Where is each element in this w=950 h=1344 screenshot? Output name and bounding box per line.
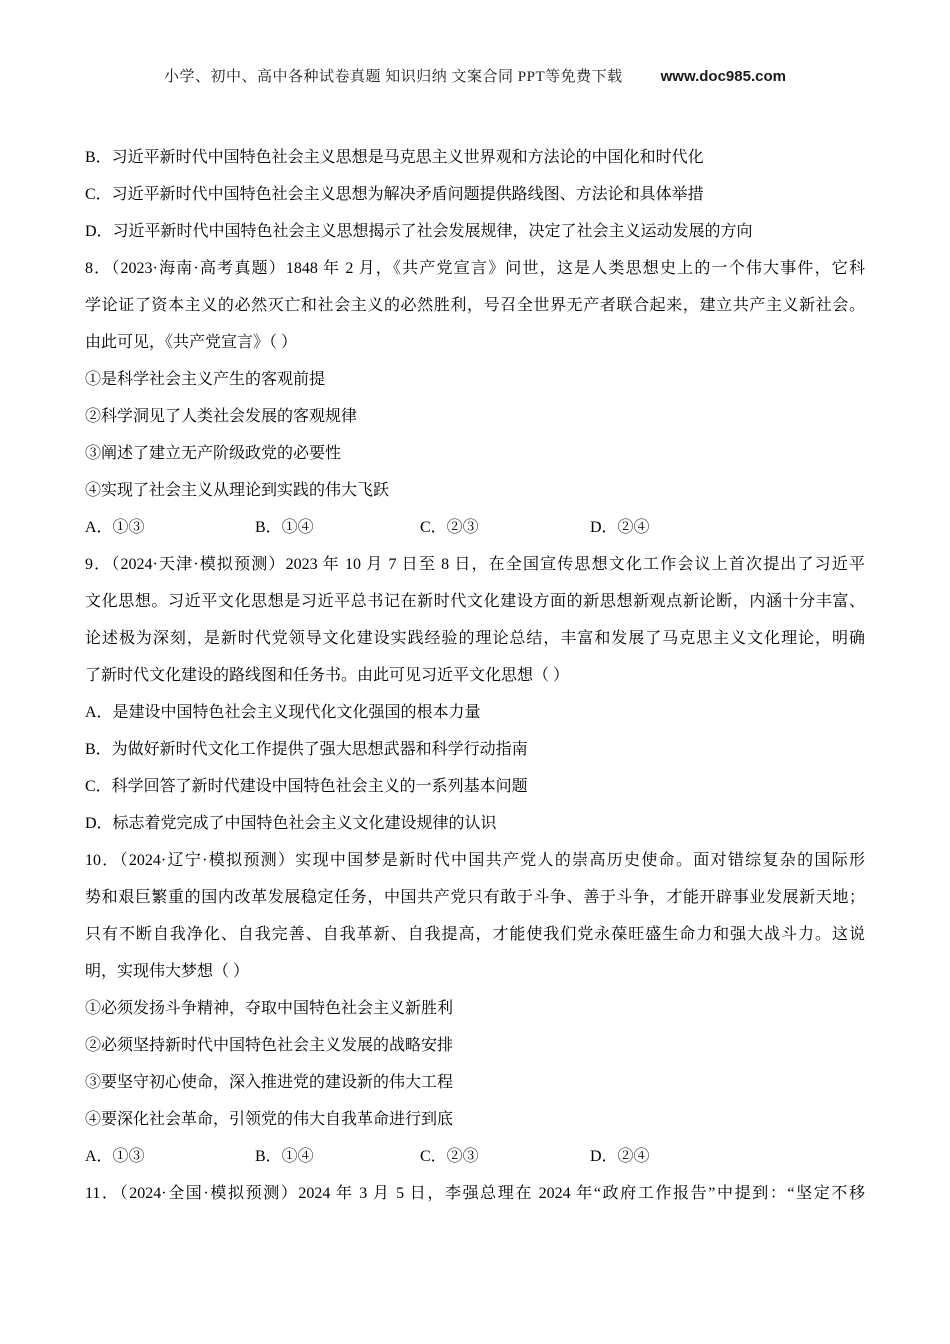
q10-item-3: ③要坚守初心使命，深入推进党的建设新的伟大工程 — [85, 1064, 865, 1101]
q7-option-b: B．习近平新时代中国特色社会主义思想是马克思主义世界观和方法论的中国化和时代化 — [85, 139, 865, 176]
q10-stem-line-3: 只有不断自我净化、自我完善、自我革新、自我提高，才能使我们党永葆旺盛生命力和强大… — [85, 916, 865, 953]
q10-item-4: ④要深化社会革命，引领党的伟大自我革命进行到底 — [85, 1101, 865, 1138]
q7-option-d: D．习近平新时代中国特色社会主义思想揭示了社会发展规律，决定了社会主义运动发展的… — [85, 213, 865, 250]
q8-choice-b: B．①④ — [255, 509, 314, 546]
header-promo-text: 小学、初中、高中各种试卷真题 知识归纳 文案合同 PPT等免费下载 — [164, 69, 623, 85]
q9-option-b: B．为做好新时代文化工作提供了强大思想武器和科学行动指南 — [85, 731, 865, 768]
q9-stem-line-2: 文化思想。习近平文化思想是习近平总书记在新时代文化建设方面的新思想新观点新论断，… — [85, 583, 865, 620]
q10-choice-b: B．①④ — [255, 1138, 314, 1175]
q8-stem-line-2: 学论证了资本主义的必然灭亡和社会主义的必然胜利，号召全世界无产者联合起来，建立共… — [85, 287, 865, 324]
q9-option-c: C．科学回答了新时代建设中国特色社会主义的一系列基本问题 — [85, 768, 865, 805]
q8-choice-d: D．②④ — [590, 509, 650, 546]
q9-stem-line-1: 9．（2024·天津·模拟预测）2023 年 10 月 7 日至 8 日，在全国… — [85, 546, 865, 583]
q9-option-a: A．是建设中国特色社会主义现代化文化强国的根本力量 — [85, 694, 865, 731]
q9-stem-line-4: 了新时代文化建设的路线图和任务书。由此可见习近平文化思想（ ） — [85, 657, 865, 694]
q10-choice-a: A．①③ — [85, 1138, 145, 1175]
q10-stem-line-1: 10．（2024·辽宁·模拟预测）实现中国梦是新时代中国共产党人的崇高历史使命。… — [85, 842, 865, 879]
q8-item-1: ①是科学社会主义产生的客观前提 — [85, 361, 865, 398]
document-body: B．习近平新时代中国特色社会主义思想是马克思主义世界观和方法论的中国化和时代化 … — [85, 139, 865, 1212]
q8-choice-a: A．①③ — [85, 509, 145, 546]
header-site-link[interactable]: www.doc985.com — [661, 68, 786, 85]
q9-option-d: D．标志着党完成了中国特色社会主义文化建设规律的认识 — [85, 805, 865, 842]
document-header: 小学、初中、高中各种试卷真题 知识归纳 文案合同 PPT等免费下载www.doc… — [0, 66, 950, 88]
q8-stem-line-1: 8．（2023·海南·高考真题）1848 年 2 月，《共产党宣言》问世，这是人… — [85, 250, 865, 287]
q10-item-2: ②必须坚持新时代中国特色社会主义发展的战略安排 — [85, 1027, 865, 1064]
q8-item-3: ③阐述了建立无产阶级政党的必要性 — [85, 435, 865, 472]
q10-choice-row: A．①③ B．①④ C．②③ D．②④ — [85, 1138, 865, 1175]
q8-stem-line-3: 由此可见，《共产党宣言》（ ） — [85, 324, 865, 361]
q11-stem-line-1: 11．（2024·全国·模拟预测）2024 年 3 月 5 日，李强总理在 20… — [85, 1175, 865, 1212]
q8-item-2: ②科学洞见了人类社会发展的客观规律 — [85, 398, 865, 435]
q7-option-c: C．习近平新时代中国特色社会主义思想为解决矛盾问题提供路线图、方法论和具体举措 — [85, 176, 865, 213]
q8-item-4: ④实现了社会主义从理论到实践的伟大飞跃 — [85, 472, 865, 509]
document-page: 小学、初中、高中各种试卷真题 知识归纳 文案合同 PPT等免费下载www.doc… — [0, 0, 950, 1344]
q10-choice-d: D．②④ — [590, 1138, 650, 1175]
q10-choice-c: C．②③ — [420, 1138, 479, 1175]
q10-item-1: ①必须发扬斗争精神，夺取中国特色社会主义新胜利 — [85, 990, 865, 1027]
q9-stem-line-3: 论述极为深刻，是新时代党领导文化建设实践经验的理论总结，丰富和发展了马克思主义文… — [85, 620, 865, 657]
q10-stem-line-4: 明，实现伟大梦想（ ） — [85, 953, 865, 990]
q8-choice-c: C．②③ — [420, 509, 479, 546]
q10-stem-line-2: 势和艰巨繁重的国内改革发展稳定任务，中国共产党只有敢于斗争、善于斗争，才能开辟事… — [85, 879, 865, 916]
q8-choice-row: A．①③ B．①④ C．②③ D．②④ — [85, 509, 865, 546]
